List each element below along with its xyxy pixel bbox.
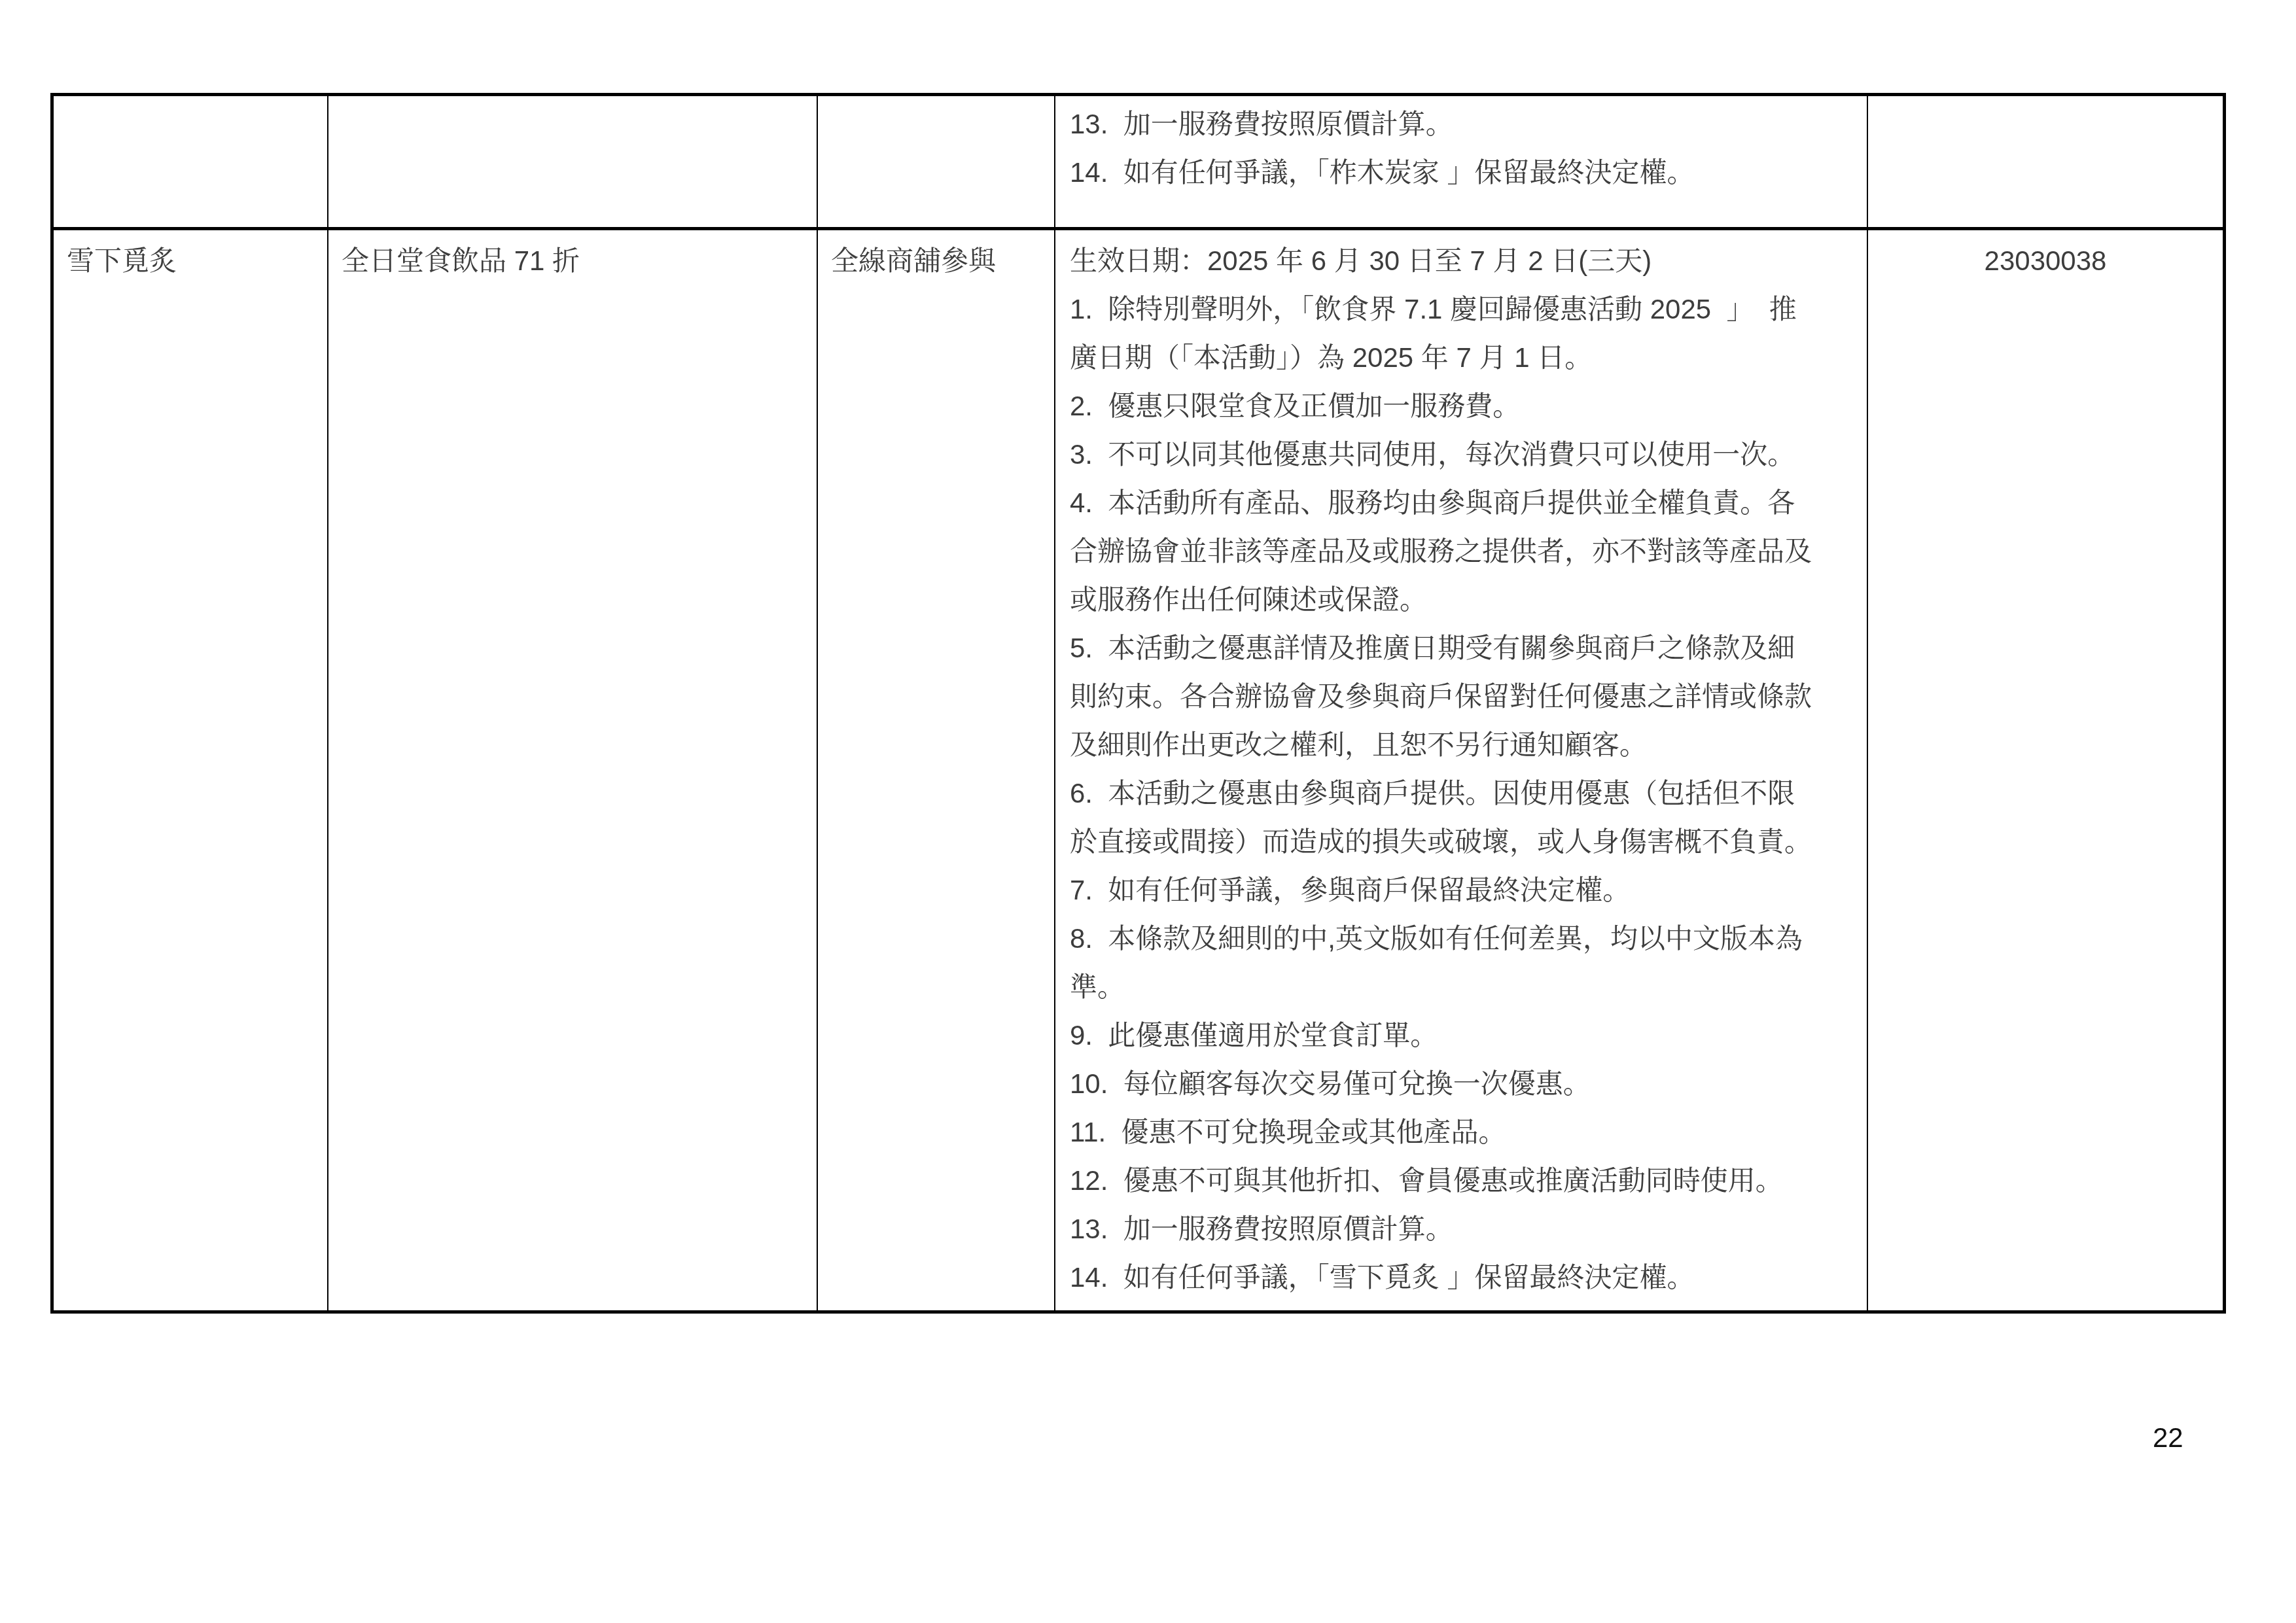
terms-line: 9. 此優惠僅適用於堂食訂單。 xyxy=(1070,1011,1856,1060)
participation-cell xyxy=(818,96,1055,227)
terms-cell: 生效日期：2025 年 6 月 30 日至 7 月 2 日(三天)1. 除特別聲… xyxy=(1055,230,1868,1310)
terms-line: 於直接或間接）而造成的損失或破壞，或人身傷害概不負責。 xyxy=(1070,818,1856,866)
terms-line: 13. 加一服務費按照原價計算。 xyxy=(1070,1205,1856,1253)
terms-line: 1. 除特別聲明外，「飲食界 7.1 慶回歸優惠活動 2025 」 推 xyxy=(1070,285,1856,334)
terms-line: 14. 如有任何爭議，「柞木炭家 」保留最終決定權。 xyxy=(1070,148,1856,197)
code-cell: 23030038 xyxy=(1868,230,2223,1310)
code-cell xyxy=(1868,96,2223,227)
offer-cell xyxy=(328,96,818,227)
page-number: 22 xyxy=(2153,1418,2225,1457)
terms-line: 13. 加一服務費按照原價計算。 xyxy=(1070,100,1856,148)
terms-line: 11. 優惠不可兌換現金或其他產品。 xyxy=(1070,1108,1856,1157)
terms-line: 或服務作出任何陳述或保證。 xyxy=(1070,576,1856,624)
terms-line: 及細則作出更改之權利，且恕不另行通知顧客。 xyxy=(1070,721,1856,769)
terms-line: 準。 xyxy=(1070,963,1856,1011)
terms-line: 7. 如有任何爭議，參與商戶保留最終決定權。 xyxy=(1070,866,1856,915)
terms-line: 6. 本活動之優惠由參與商戶提供。因使用優惠（包括但不限 xyxy=(1070,769,1856,818)
table-row: 13. 加一服務費按照原價計算。14. 如有任何爭議，「柞木炭家 」保留最終決定… xyxy=(54,96,2223,230)
participation-cell: 全線商舖參與 xyxy=(818,230,1055,1310)
terms-cell: 13. 加一服務費按照原價計算。14. 如有任何爭議，「柞木炭家 」保留最終決定… xyxy=(1055,96,1868,227)
table-row: 雪下覓炙 全日堂食飲品 71 折 全線商舖參與 生效日期：2025 年 6 月 … xyxy=(54,230,2223,1310)
terms-line: 8. 本條款及細則的中,英文版如有任何差異，均以中文版本為 xyxy=(1070,915,1856,963)
terms-line: 合辦協會並非該等產品及或服務之提供者，亦不對該等產品及 xyxy=(1070,527,1856,576)
terms-line: 10. 每位顧客每次交易僅可兌換一次優惠。 xyxy=(1070,1060,1856,1108)
terms-line: 則約束。各合辦協會及參與商戶保留對任何優惠之詳情或條款 xyxy=(1070,672,1856,721)
offer-cell: 全日堂食飲品 71 折 xyxy=(328,230,818,1310)
terms-line: 14. 如有任何爭議，「雪下覓炙 」保留最終決定權。 xyxy=(1070,1253,1856,1302)
terms-line: 生效日期：2025 年 6 月 30 日至 7 月 2 日(三天) xyxy=(1070,237,1856,285)
terms-line: 廣日期（「本活動」）為 2025 年 7 月 1 日。 xyxy=(1070,334,1856,382)
terms-line: 2. 優惠只限堂食及正價加一服務費。 xyxy=(1070,382,1856,430)
merchant-name-cell xyxy=(54,96,328,227)
terms-line: 4. 本活動所有產品、服務均由參與商戶提供並全權負責。各 xyxy=(1070,479,1856,527)
promotions-table: 13. 加一服務費按照原價計算。14. 如有任何爭議，「柞木炭家 」保留最終決定… xyxy=(50,93,2226,1314)
terms-line: 3. 不可以同其他優惠共同使用，每次消費只可以使用一次。 xyxy=(1070,430,1856,479)
document-page: 13. 加一服務費按照原價計算。14. 如有任何爭議，「柞木炭家 」保留最終決定… xyxy=(0,0,2296,1623)
terms-line: 12. 優惠不可與其他折扣、會員優惠或推廣活動同時使用。 xyxy=(1070,1157,1856,1205)
merchant-name-cell: 雪下覓炙 xyxy=(54,230,328,1310)
terms-line: 5. 本活動之優惠詳情及推廣日期受有關參與商戶之條款及細 xyxy=(1070,624,1856,672)
